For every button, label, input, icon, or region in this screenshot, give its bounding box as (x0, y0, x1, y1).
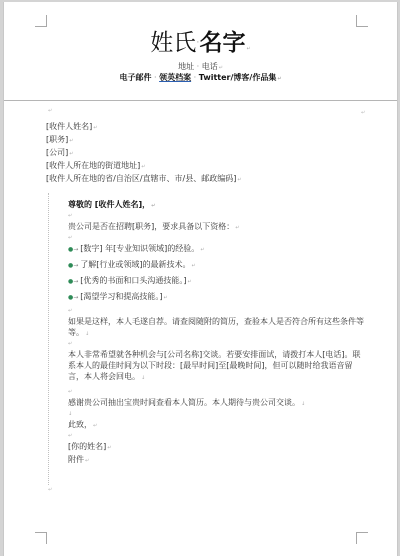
empty-paragraph: ↵ (68, 340, 364, 349)
bullet-item[interactable]: ●→[渴望学习和提高技能。]↵ (68, 291, 364, 304)
paragraph-mark: ↵ (85, 458, 89, 464)
recipient-address[interactable]: [收件人姓名]↵ [职务]↵ [公司]↵ [收件人所在地的街道地址]↵ [收件人… (46, 121, 242, 186)
body-paragraph-3[interactable]: 感谢贵公司抽出宝贵时间查看本人简历。本人期待与贵公司交谈。↓ (68, 397, 364, 410)
paragraph-mark: ↵ (192, 263, 196, 269)
separator: · (151, 73, 159, 82)
enclosure[interactable]: 附件↵ (68, 454, 364, 467)
paragraph-mark: ↵ (93, 125, 97, 131)
recipient-company[interactable]: [公司]↵ (46, 147, 242, 160)
page-body[interactable]: ↵ ↵ [收件人姓名]↵ [职务]↵ [公司]↵ [收件人所在地的街道地址]↵ … (4, 101, 397, 556)
paragraph-mark: ↵ (235, 225, 239, 231)
paragraph-mark: ↵ (69, 151, 73, 157)
line-break: ↓ (68, 410, 364, 419)
signature-name[interactable]: [你的姓名]↵ (68, 441, 364, 454)
tab-arrow-icon: → (73, 246, 78, 253)
tab-arrow-icon: → (73, 294, 78, 301)
address-field[interactable]: 地址 (178, 62, 194, 71)
name-title[interactable]: 姓氏·名字↵ (4, 28, 397, 64)
linkedin-link[interactable]: 领英档案 (159, 73, 191, 82)
empty-paragraph: ↵ (68, 388, 364, 397)
phone-field[interactable]: 电话 (202, 62, 218, 71)
paragraph-mark: ↵ (141, 164, 145, 170)
paragraph-mark: ↵ (48, 109, 52, 114)
contact-line-online[interactable]: 电子邮件 · 领英档案 · Twitter/博客/作品集↵ (4, 73, 397, 84)
paragraph-mark: ↵ (107, 445, 111, 451)
paragraph-mark: ↵ (48, 488, 52, 493)
bullet-item[interactable]: ●→[优秀的书面和口头沟通技能。]↵ (68, 275, 364, 288)
bullet-item[interactable]: ●→[数字] 年[专业知识领域]的经验。↵ (68, 243, 364, 256)
paragraph-mark: ↵ (93, 423, 97, 429)
line-break-mark: ↓ (85, 331, 89, 337)
body-paragraph-1[interactable]: 如果是这样，本人毛遂自荐。请查阅随附的简历，查验本人是否符合所有这些条件等等。↓ (68, 316, 364, 340)
paragraph-mark: ↵ (237, 177, 241, 183)
paragraph-mark: ↵ (151, 203, 155, 209)
empty-paragraph: ↵ (68, 307, 364, 316)
empty-paragraph: ↵ (68, 234, 364, 243)
recipient-title[interactable]: [职务]↵ (46, 134, 242, 147)
salutation[interactable]: 尊敬的 [收件人姓名]，↵ (68, 199, 364, 212)
document-page: 姓氏·名字↵ 地址 · 电话↵ 电子邮件 · 领英档案 · Twitter/博客… (3, 2, 398, 556)
paragraph-mark: ↵ (219, 65, 223, 71)
line-break-mark: ↓ (141, 375, 145, 381)
social-field[interactable]: Twitter/博客/作品集 (199, 73, 277, 82)
bullet-item[interactable]: ●→了解[行业或领域]的最新技术。↵ (68, 259, 364, 272)
recipient-city[interactable]: [收件人所在地的省/自治区/直辖市、市/县、邮政编码]↵ (46, 173, 242, 186)
line-break-mark: ↓ (301, 401, 305, 407)
paragraph-mark: ↵ (246, 46, 250, 52)
recipient-name[interactable]: [收件人姓名]↵ (46, 121, 242, 134)
page-header[interactable]: 姓氏·名字↵ 地址 · 电话↵ 电子邮件 · 领英档案 · Twitter/博客… (4, 2, 397, 99)
body-paragraph-2[interactable]: 本人非常希望就各种机会与[公司名称]交谈。若要安排面试，请拨打本人[电话]。联系… (68, 349, 364, 384)
tab-arrow-icon: → (73, 262, 78, 269)
empty-paragraph: ↵ (68, 432, 364, 441)
paragraph-mark: ↵ (277, 76, 281, 82)
paragraph-mark: ↵ (200, 247, 204, 253)
recipient-street[interactable]: [收件人所在地的街道地址]↵ (46, 160, 242, 173)
separator: · (191, 73, 199, 82)
tab-arrow-icon: → (73, 278, 78, 285)
margin-guide (48, 193, 49, 485)
intro-paragraph[interactable]: 贵公司是否在招聘[职务]，要求具备以下资格：↵ (68, 221, 364, 234)
closing[interactable]: 此致，↵ (68, 419, 364, 432)
contact-line-address[interactable]: 地址 · 电话↵ (4, 62, 397, 73)
paragraph-mark: ↵ (188, 279, 192, 285)
letter-body[interactable]: 尊敬的 [收件人姓名]，↵ ↵ 贵公司是否在招聘[职务]，要求具备以下资格：↵ … (68, 199, 364, 467)
paragraph-mark: ↵ (361, 111, 365, 116)
empty-paragraph: ↵ (68, 212, 364, 221)
paragraph-mark: ↵ (164, 295, 168, 301)
last-name[interactable]: 姓氏 (150, 30, 196, 56)
first-name[interactable]: 名字 (199, 30, 245, 56)
paragraph-mark: ↵ (69, 138, 73, 144)
email-field[interactable]: 电子邮件 (119, 73, 151, 82)
separator: · (194, 62, 202, 71)
